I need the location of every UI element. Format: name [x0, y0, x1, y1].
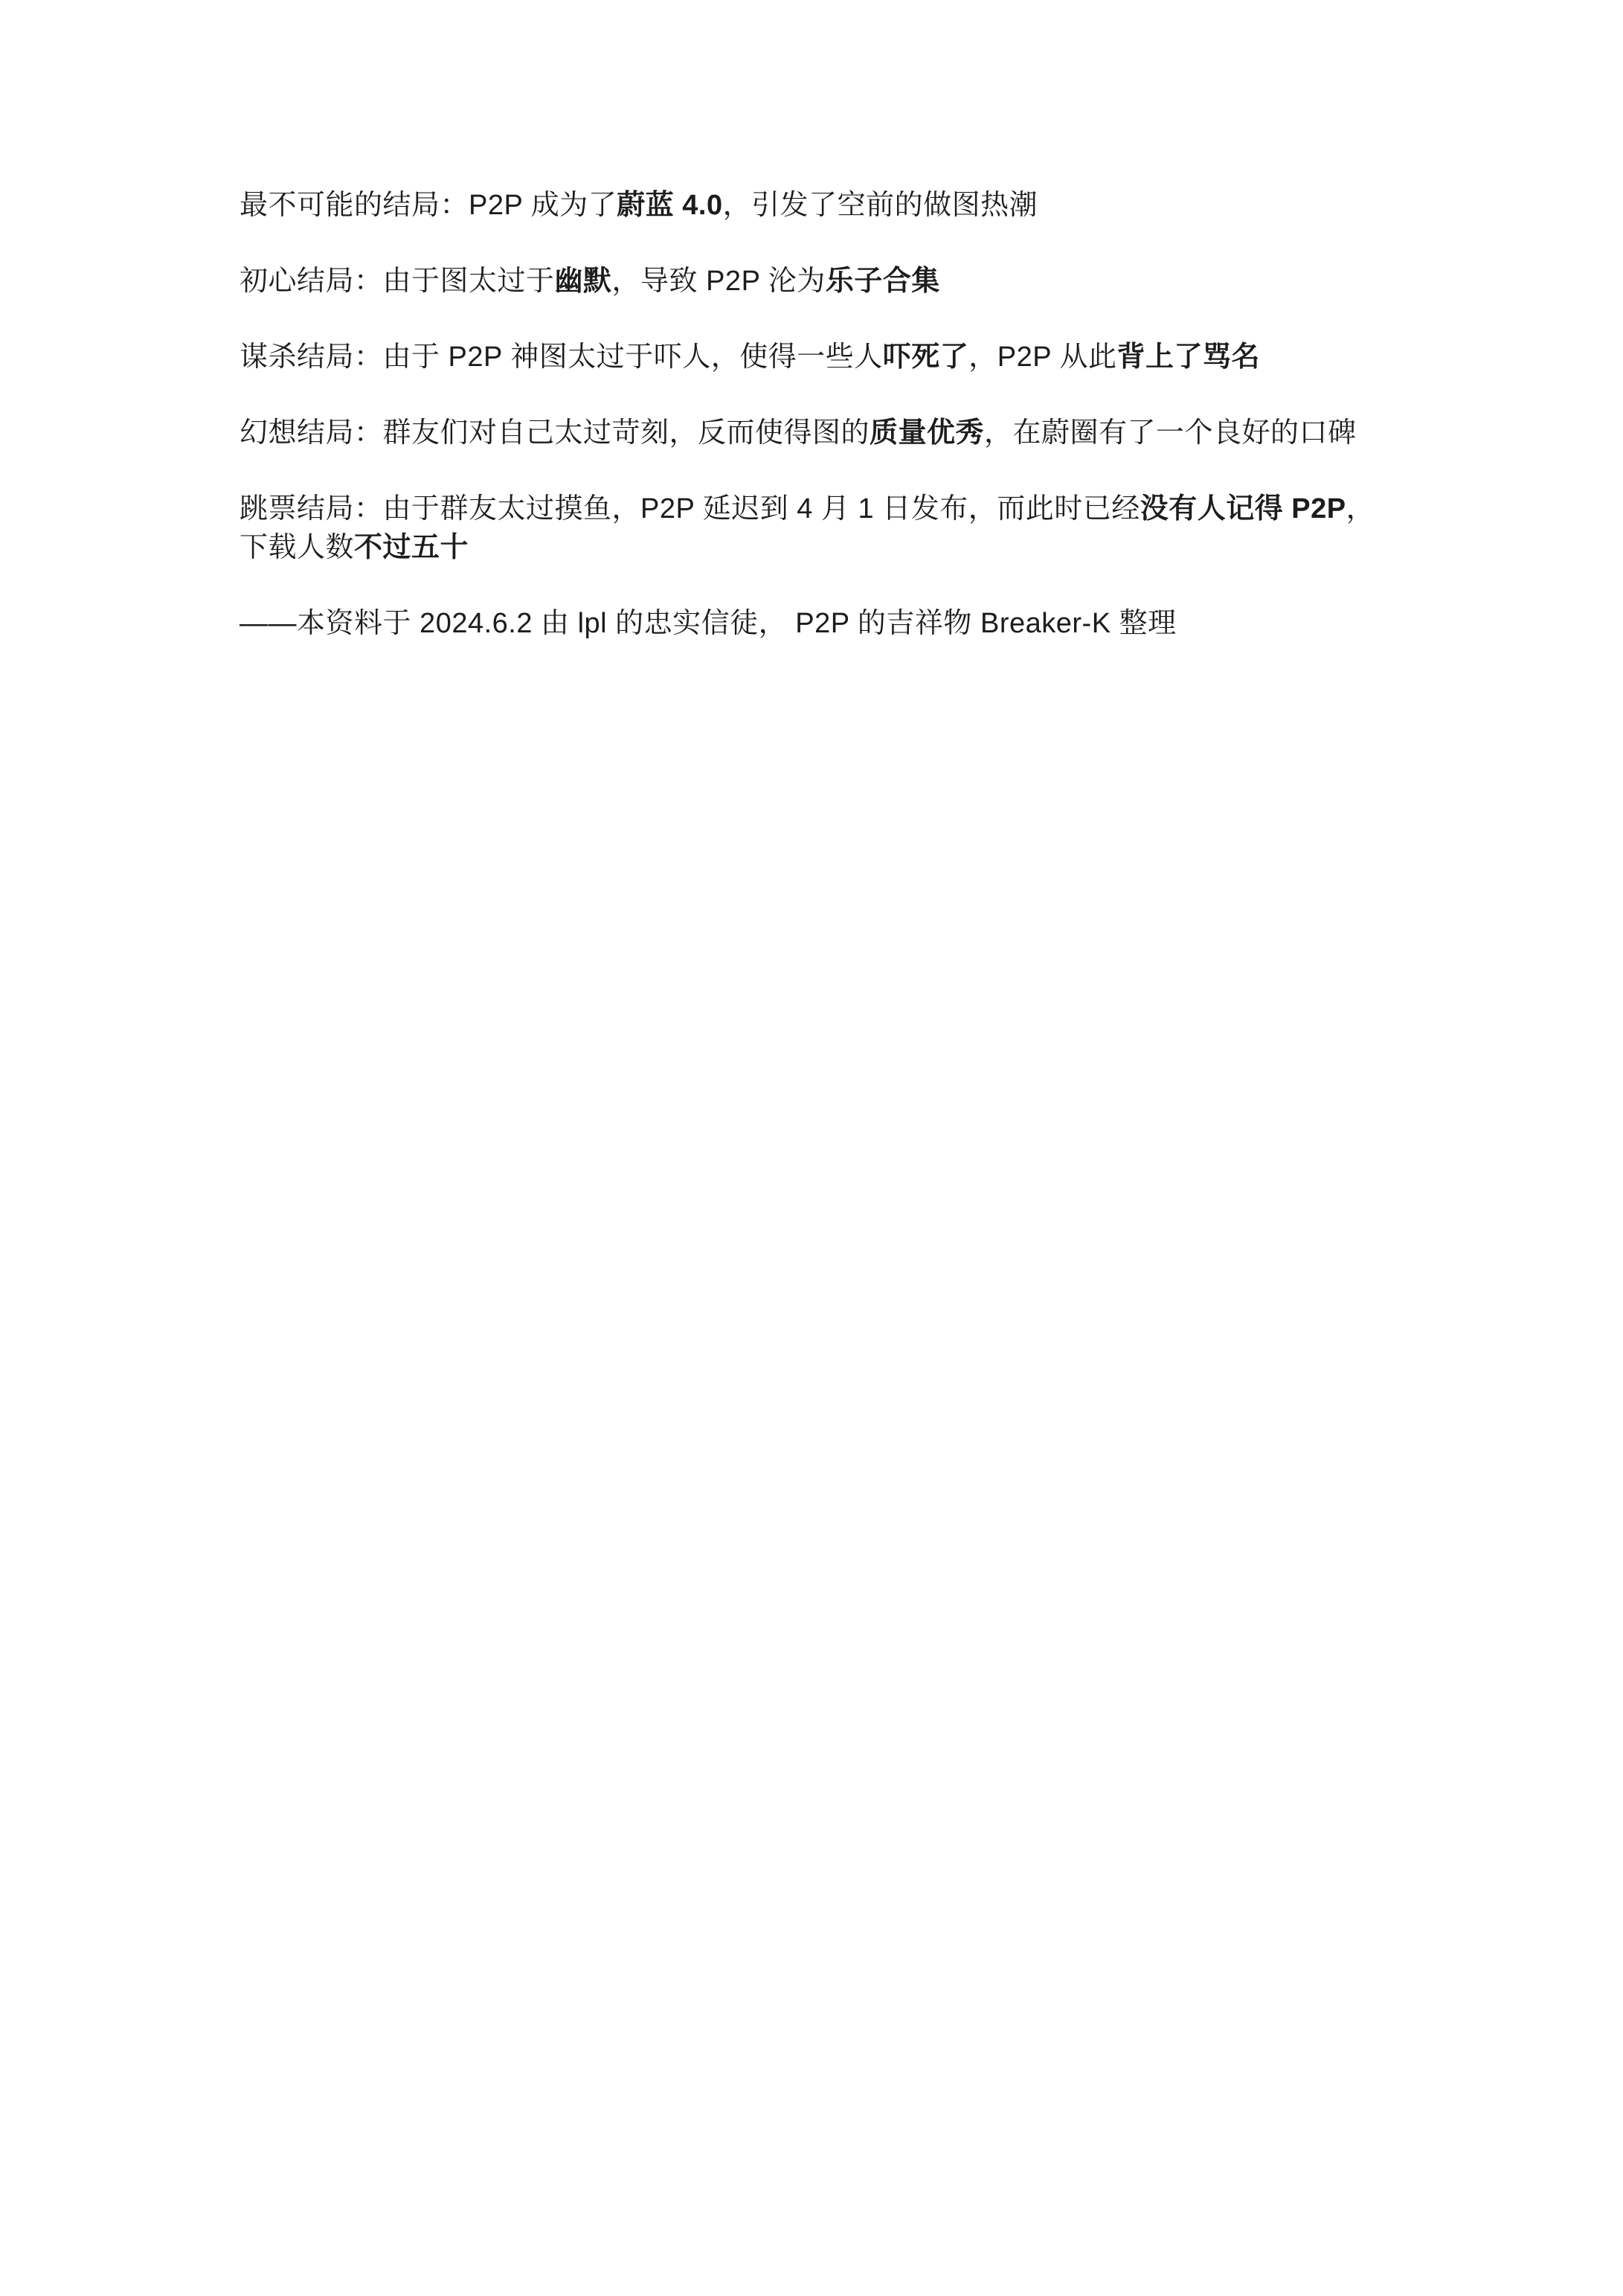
text-run-bold: 不过五十 — [354, 532, 469, 563]
text-run: ——本资料于 2024.6.2 由 lpl 的忠实信徒， P2P 的吉祥物 Br… — [240, 608, 1177, 639]
paragraph-ending-murder: 谋杀结局：由于 P2P 神图太过于吓人，使得一些人吓死了，P2P 从此背上了骂名 — [240, 338, 1385, 376]
text-run: 幻想结局：群友们对自己太过苛刻，反而使得图的 — [240, 417, 870, 449]
paragraph-ending-fantasy: 幻想结局：群友们对自己太过苛刻，反而使得图的质量优秀，在蔚圈有了一个良好的口碑 — [240, 414, 1385, 452]
text-run: ，引发了空前的做图热潮 — [723, 190, 1038, 221]
text-run-bold: 吓死了 — [883, 341, 969, 373]
text-run-bold: 背上了骂名 — [1116, 341, 1260, 373]
text-run: 谋杀结局：由于 P2P 神图太过于吓人，使得一些人 — [240, 341, 883, 373]
document-content: 最不可能的结局：P2P 成为了蔚蓝 4.0，引发了空前的做图热潮初心结局：由于图… — [240, 186, 1385, 643]
paragraph-ending-delay: 跳票结局：由于群友太过摸鱼，P2P 延迟到 4 月 1 日发布，而此时已经没有人… — [240, 490, 1385, 567]
text-run: ，P2P 从此 — [968, 341, 1116, 373]
text-run: 初心结局：由于图太过于 — [240, 266, 555, 297]
text-run-bold: 质量优秀 — [870, 417, 984, 449]
text-run: ，在蔚圈有了一个良好的口碑 — [984, 417, 1357, 449]
text-run-bold: 没有人记得 P2P — [1140, 493, 1346, 525]
text-run: ，导致 P2P 沦为 — [612, 266, 826, 297]
text-run-bold: 蔚蓝 4.0 — [617, 190, 722, 221]
text-run: 跳票结局：由于群友太过摸鱼，P2P 延迟到 4 月 1 日发布，而此时已经 — [240, 493, 1140, 525]
paragraph-ending-original-intent: 初心结局：由于图太过于幽默，导致 P2P 沦为乐子合集 — [240, 262, 1385, 301]
paragraph-attribution-line: ——本资料于 2024.6.2 由 lpl 的忠实信徒， P2P 的吉祥物 Br… — [240, 604, 1385, 643]
text-run-bold: 乐子合集 — [826, 266, 940, 297]
paragraph-ending-most-unlikely: 最不可能的结局：P2P 成为了蔚蓝 4.0，引发了空前的做图热潮 — [240, 186, 1385, 225]
text-run-bold: 幽默 — [555, 266, 612, 297]
document-page: 最不可能的结局：P2P 成为了蔚蓝 4.0，引发了空前的做图热潮初心结局：由于图… — [0, 0, 1623, 2296]
text-run: 最不可能的结局：P2P 成为了 — [240, 190, 617, 221]
